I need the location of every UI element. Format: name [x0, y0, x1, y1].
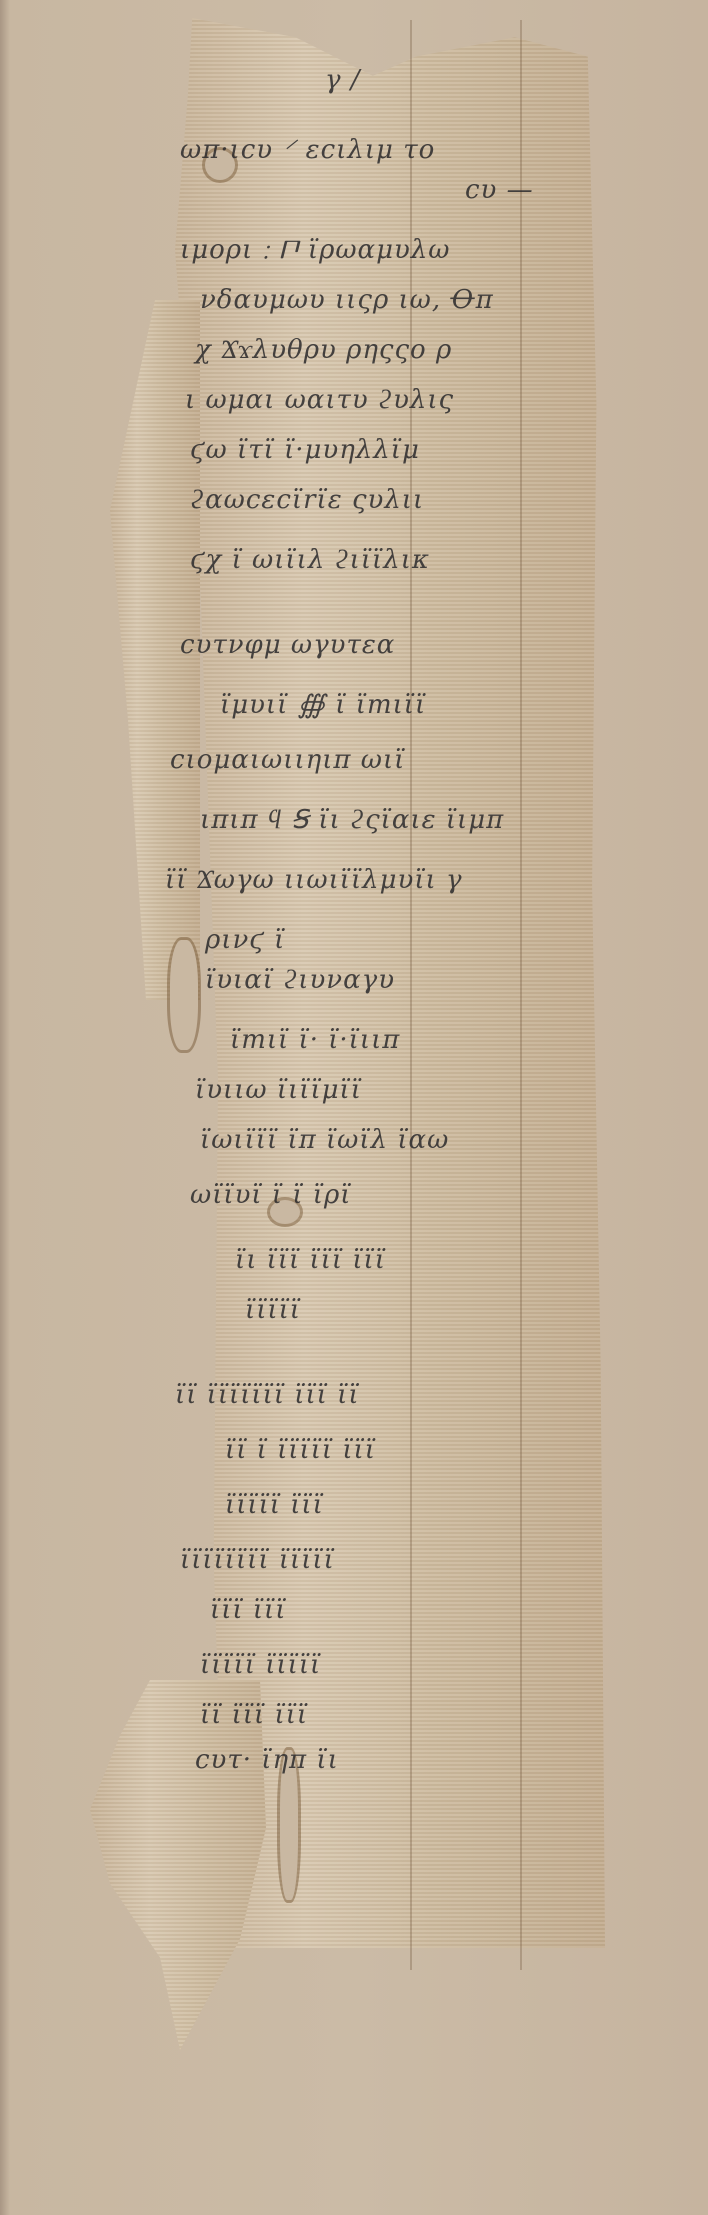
text-line: νδαυμωυ ιιςρ ιω, Ꝋπ	[200, 285, 494, 315]
text-line: ϛχ ϊ ωιϊιλ ϩιϊϊλικ	[190, 545, 430, 575]
text-line: ϊϊ ϊϊϊϊϊϊϊ ϊϊϊ ϊϊ	[175, 1380, 360, 1410]
text-line: ϊϊϊ ϊϊϊ	[210, 1595, 286, 1625]
text-line: ϊωιϊϊϊ ϊπ ϊωϊλ ϊαω	[200, 1125, 449, 1155]
text-line: ϊϊϊϊϊ ϊϊϊ	[225, 1490, 324, 1520]
text-line: ϊϊϊϊϊϊϊϊ ϊϊϊϊϊ	[180, 1545, 335, 1575]
text-line: ϊϊϊϊϊ ϊϊϊϊϊ	[200, 1650, 321, 1680]
text-line: ϊυιαϊ ϩιυναγυ	[205, 965, 395, 995]
text-line: ϊϊ ϊϊϊ ϊϊϊ	[200, 1700, 308, 1730]
text-line: ϊμυιϊ ∰ ϊ ϊmιϊϊ	[220, 690, 426, 720]
text-line: ρινϛ ϊ	[205, 925, 285, 955]
text-line: ϊmιϊ ϊ· ϊ·ϊιιπ	[230, 1025, 400, 1055]
text-line: γ /	[325, 65, 361, 95]
text-line: ϊϊ Ϫωγω ιιωιϊϊλμυϊι γ	[165, 865, 463, 895]
text-line: ι ωμαι ωαιτυ ϩυλις	[185, 385, 454, 415]
text-line: ϲιομαιωιιηιπ ωιϊ	[170, 745, 405, 775]
text-line: ϊϊϊϊϊ	[245, 1295, 301, 1325]
text-line: ιμορι ∶ 𐅃 ϊρωαμυλω	[180, 235, 451, 266]
text-line: ϲυτνφμ ωγυτεα	[180, 630, 395, 660]
text-line: ϩαωcεcϊrϊε ςυλιι	[190, 485, 424, 515]
handwritten-text: γ /ωπ·ιcυ ⸍ εcιλιμ τοϲυ —ιμορι ∶ 𐅃 ϊρωαμ…	[0, 0, 708, 2215]
text-line: ιπιπ ϥ Ꞩ ϊι ϩςϊαιε ϊιμπ	[200, 805, 504, 835]
text-line: ϲυ —	[465, 175, 534, 205]
text-line: ϲυτ· ϊηπ ϊι	[195, 1745, 339, 1775]
text-line: ωϊϊυϊ ϊ ϊ ϊρϊ	[190, 1180, 351, 1210]
text-line: ϊυιιω ϊιϊϊμϊϊ	[195, 1075, 362, 1105]
text-line: ωπ·ιcυ ⸍ εcιλιμ το	[180, 130, 435, 166]
text-line: χ Ϫϫλυθρυ ρηςςο ρ	[195, 335, 452, 365]
text-line: ϛω ϊτϊ ϊ·μυηλλϊμ	[190, 435, 420, 465]
text-line: ϊϊ ϊ ϊϊϊϊϊ ϊϊϊ	[225, 1435, 376, 1465]
text-line: ϊι ϊϊϊ ϊϊϊ ϊϊϊ	[235, 1245, 386, 1275]
